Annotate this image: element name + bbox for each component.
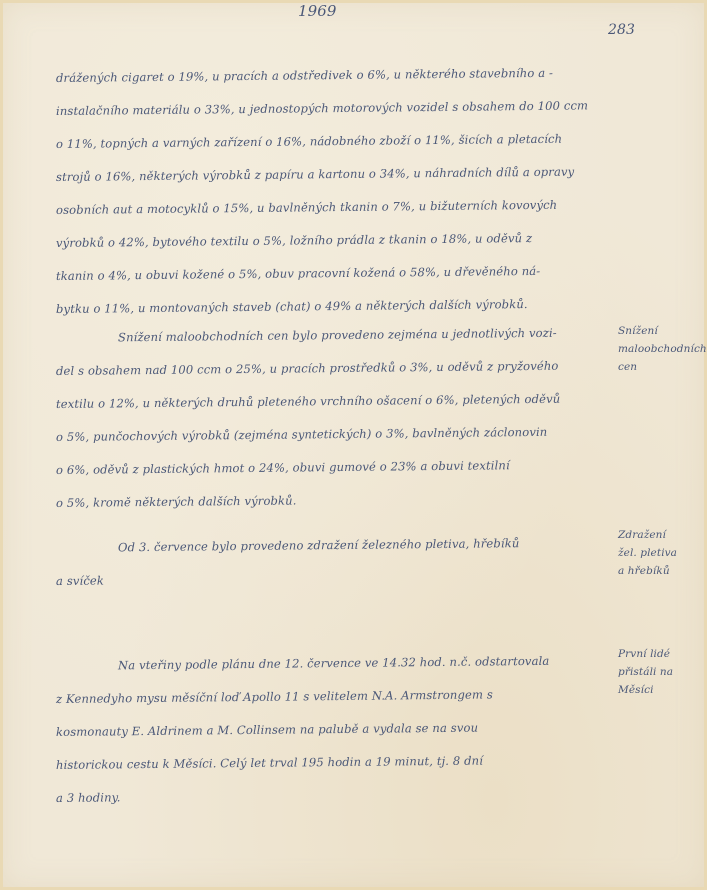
margin-note-line: Zdražení	[618, 526, 706, 544]
text-line: a svíček	[56, 559, 596, 598]
margin-note-price-reductions: Snížení maloobchodních cen	[618, 322, 706, 376]
margin-note-line: a hřebíků	[618, 562, 706, 580]
margin-note-line: přistáli na	[618, 663, 706, 681]
margin-note-wire-nails: Zdražení žel. pletiva a hřebíků	[618, 526, 706, 580]
margin-note-line: První lidé	[618, 645, 706, 663]
paragraph-price-reductions: Snížení maloobchodních cen bylo proveden…	[56, 322, 596, 520]
page-year: 1969	[298, 2, 337, 20]
margin-note-moon-landing: První lidé přistáli na Měsíci	[618, 645, 706, 699]
paragraph-apollo-11: Na vteřiny podle plánu dne 12. července …	[56, 650, 596, 815]
margin-note-line: maloobchodních	[618, 340, 706, 358]
margin-note-line: žel. pletiva	[618, 544, 706, 562]
page-number: 283	[608, 22, 635, 38]
text-line: o 5%, kromě některých dalších výrobků.	[56, 481, 596, 520]
margin-note-line: cen	[618, 358, 706, 376]
margin-note-line: Měsíci	[618, 681, 706, 699]
text-line: a 3 hodiny.	[56, 776, 596, 815]
paragraph-wire-nails: Od 3. července bylo provedeno zdražení ž…	[56, 532, 596, 598]
margin-note-line: Snížení	[618, 322, 706, 340]
chronicle-page: 1969 283 drážených cigaret o 19%, u prac…	[0, 0, 707, 890]
paragraph-price-increases: drážených cigaret o 19%, u pracích a ods…	[56, 62, 596, 326]
